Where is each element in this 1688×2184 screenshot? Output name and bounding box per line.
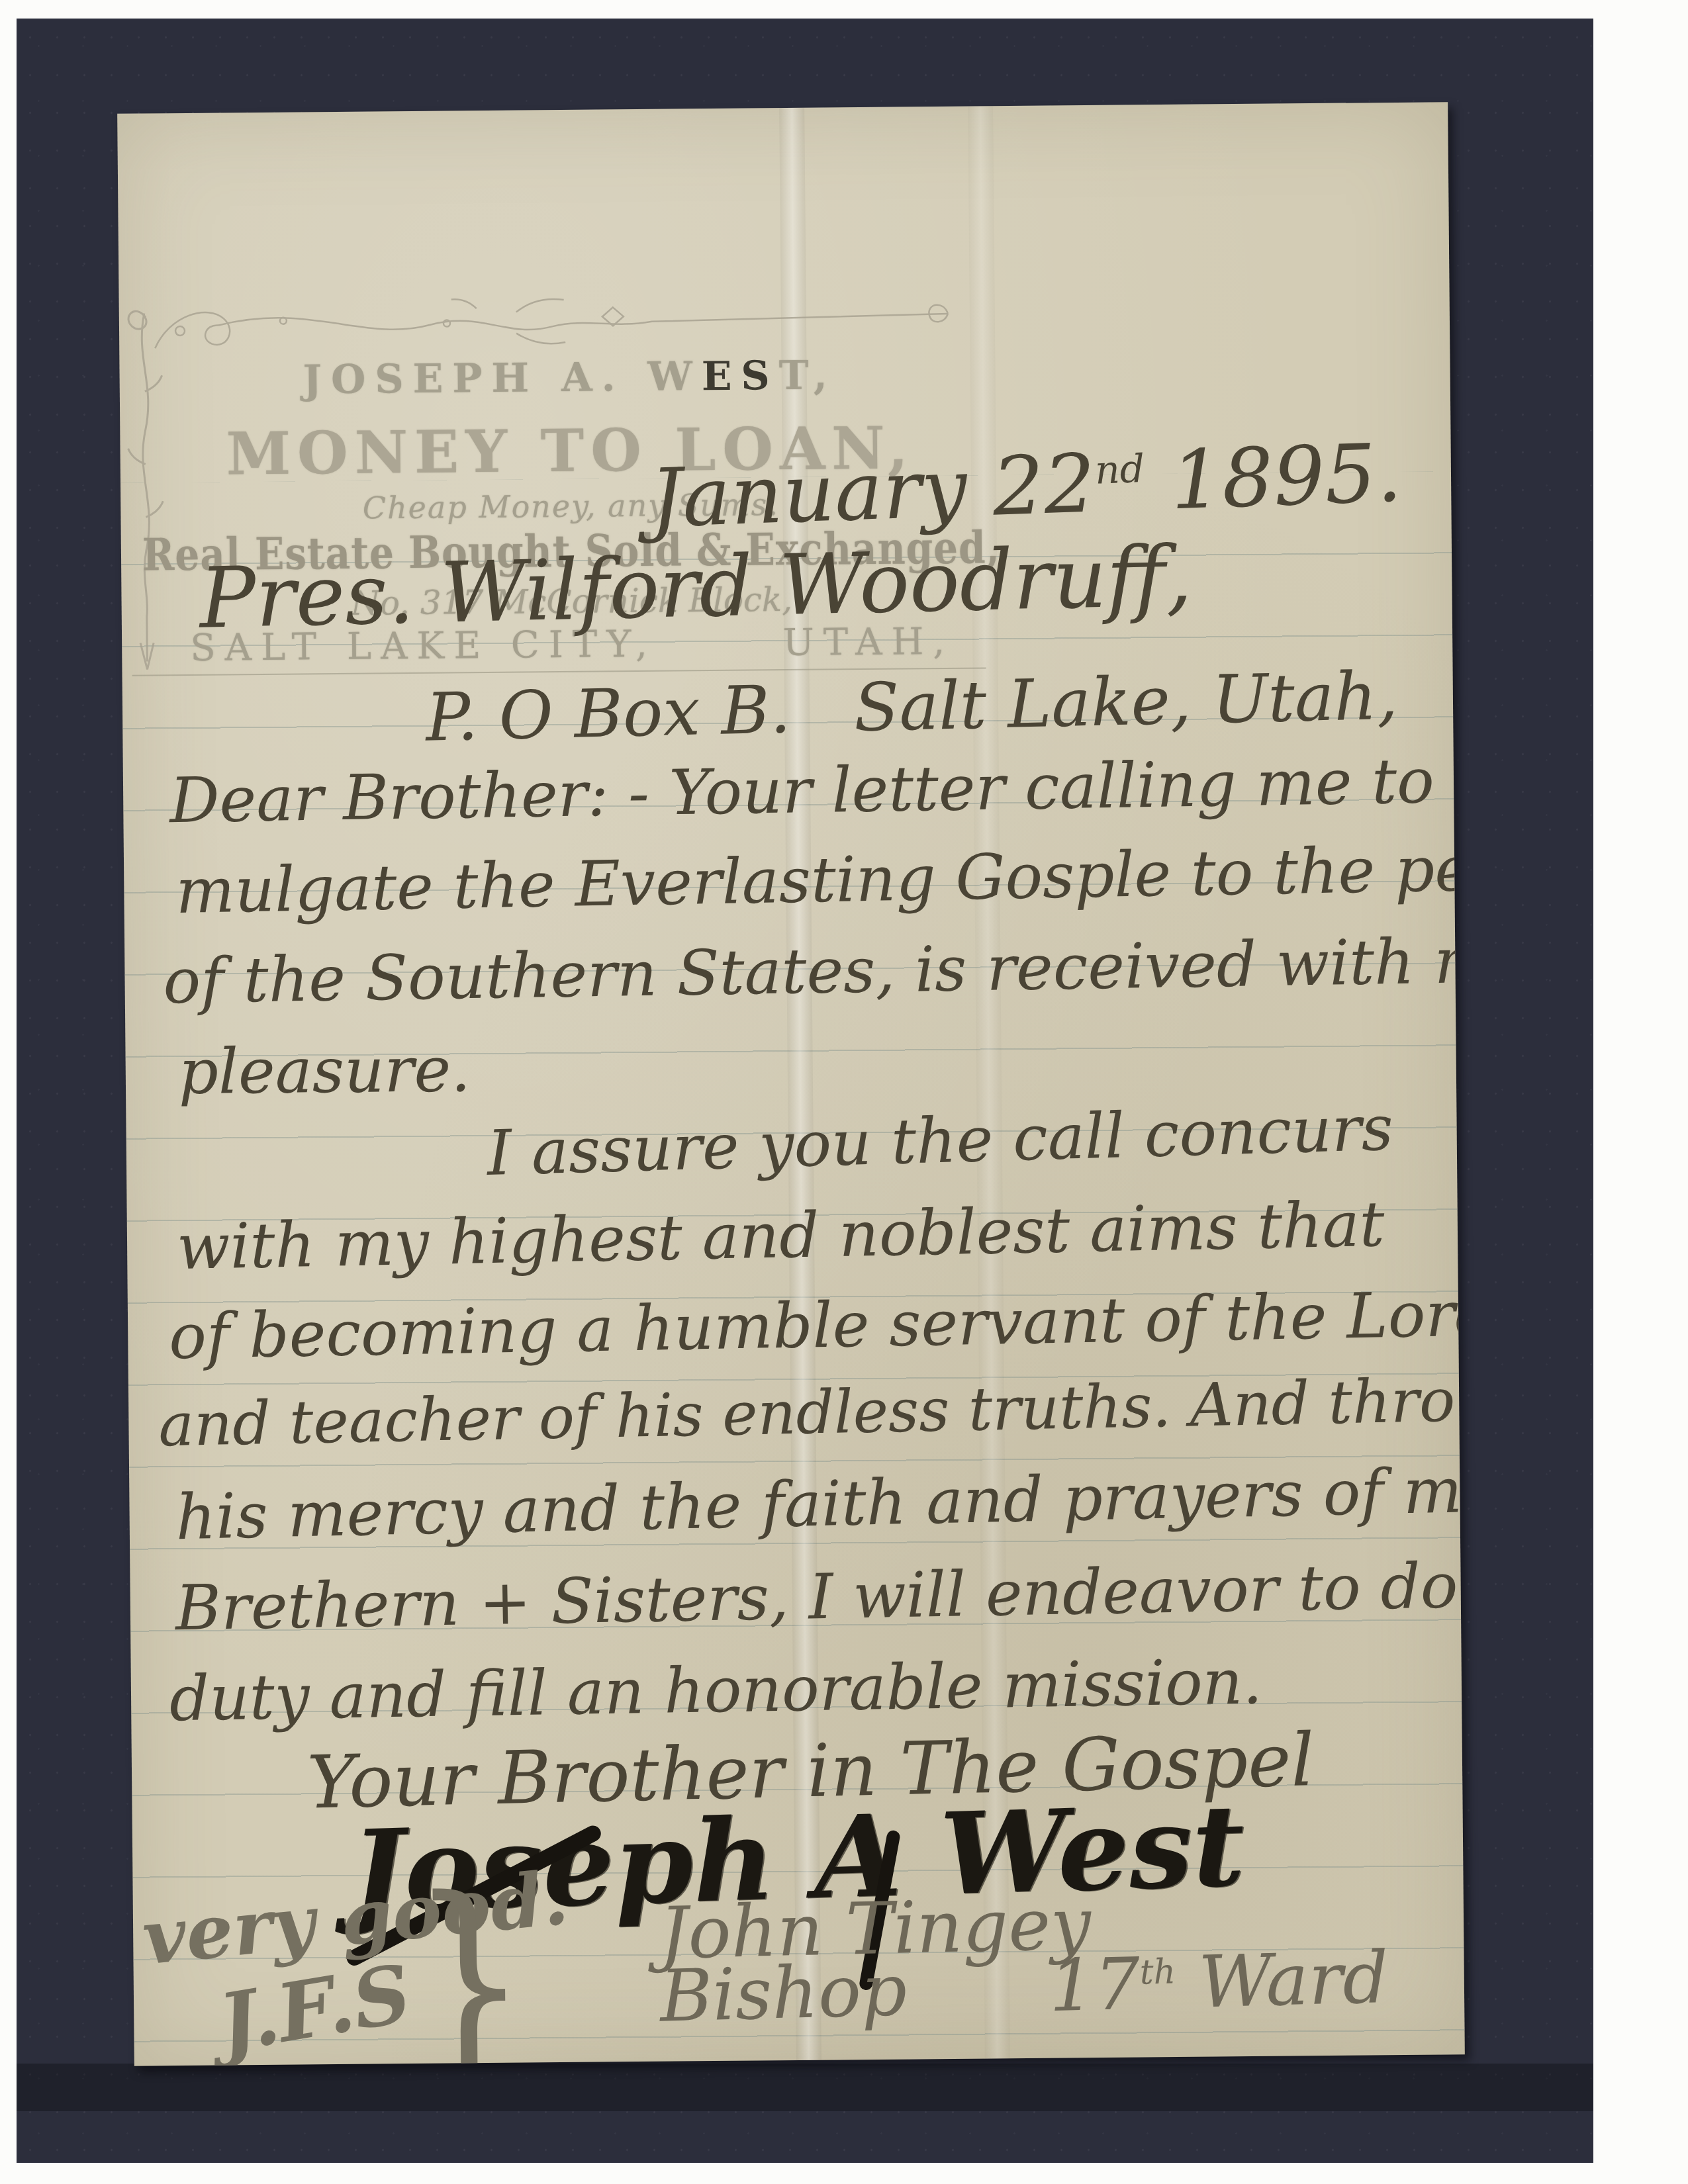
scanned-letter-page: JOSEPH A. WEST, MONEY TO LOAN, Cheap Mon… [0,0,1688,2184]
witness-title: Bishop [659,1949,908,2038]
body-line-6: with my highest and noblest aims that [176,1189,1385,1284]
body-line-7: of becoming a humble servant of the Lord [168,1278,1464,1373]
body-line-4: pleasure. [178,1034,471,1109]
body-line-2: mulgate the Everlasting Gosple to the pe… [175,831,1464,928]
date-day-suffix: nd [1094,446,1146,493]
ward-word: Ward [1175,1936,1389,2025]
letterhead-name-part2: T, [778,352,837,399]
ward-number: 17 [1048,1943,1141,2028]
pencil-brace: } [409,1850,530,2066]
letterhead-name-overink: ES [701,353,779,400]
letterhead-name-part1: JOSEPH A. W [303,353,702,403]
album-background: JOSEPH A. WEST, MONEY TO LOAN, Cheap Mon… [17,19,1593,2163]
body-line-10: Brethern + Sisters, I will endeavor to d… [175,1548,1465,1645]
date-year: 1895. [1143,426,1403,528]
date-day: 22 [991,436,1097,533]
body-line-5: I assure you the call concurs [486,1093,1394,1190]
album-shadow-band [17,2064,1593,2111]
body-line-9: his mercy and the faith and prayers of m… [175,1454,1465,1554]
date-month: January [649,440,994,546]
ward-number-suffix: th [1139,1952,1176,1992]
letterhead-name: JOSEPH A. WEST, [126,351,1013,405]
flourish-ornament-icon [146,289,967,362]
body-line-1: Dear Brother: - Your letter calling me t… [169,743,1464,838]
body-line-8: and teacher of his endless truths. And t… [158,1363,1464,1460]
letter-paper: JOSEPH A. WEST, MONEY TO LOAN, Cheap Mon… [117,102,1465,2066]
body-line-3: of the Southern States, is received with… [163,923,1465,1018]
